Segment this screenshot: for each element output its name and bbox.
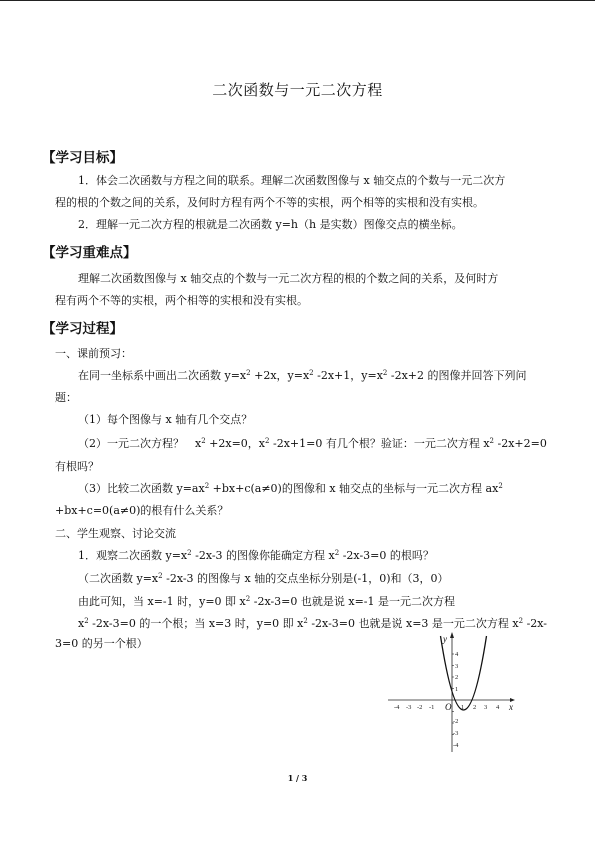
part2-title: 二、学生观察、讨论交流 — [55, 527, 176, 541]
part2-line-5: 3=0 的另一个根） — [55, 637, 148, 651]
part1-intro: 在同一坐标系中画出二次函数 y=x2 +2x，y=x2 -2x+1，y=x2 -… — [78, 369, 527, 383]
svg-text:4: 4 — [455, 651, 459, 658]
page-indicator: 1 / 3 — [0, 773, 595, 783]
part2-line-2: （二次函数 y=x2 -2x-3 的图像与 x 轴的交点坐标分别是(-1，0)和… — [78, 572, 449, 586]
goals-line-2: 程的根的个数之间的关系，及何时方程有两个不等的实根，两个相等的实根和没有实根。 — [55, 196, 484, 210]
svg-text:-2: -2 — [453, 718, 458, 725]
section-heading-key-points: 【学习重难点】 — [42, 241, 137, 261]
svg-text:1: 1 — [461, 704, 464, 711]
svg-text:-4: -4 — [453, 742, 459, 749]
question-2: （2）一元二次方程？ x2 +2x=0，x2 -2x+1=0 有几个根？验证：一… — [78, 437, 547, 451]
part1-intro-wrap: 题： — [55, 391, 77, 405]
svg-text:-1: -1 — [429, 704, 434, 711]
svg-text:1: 1 — [455, 686, 458, 693]
y-axis-arrow-icon — [450, 632, 454, 638]
question-1: （1）每个图像与 x 轴有几个交点？ — [78, 413, 252, 427]
parabola-graph: -4 -3 -2 -1 1 2 3 4 4 3 2 1 -2 -3 -4 x y… — [385, 630, 520, 755]
x-axis-label: x — [508, 702, 513, 712]
part2-line-1: 1．观察二次函数 y=x2 -2x-3 的图像你能确定方程 x2 -2x-3=0… — [78, 549, 434, 563]
question-3: （3）比较二次函数 y=ax2 +bx+c(a≠0)的图像和 x 轴交点的坐标与… — [78, 482, 503, 496]
svg-text:4: 4 — [496, 704, 500, 711]
goals-line-1: 1．体会二次函数与方程之间的联系。理解二次函数图像与 x 轴交点的个数与一元二次… — [78, 174, 505, 188]
svg-text:-2: -2 — [417, 704, 422, 711]
keypoints-line-2: 程有两个不等的实根，两个相等的实根和没有实根。 — [55, 294, 308, 308]
parabola-curve — [441, 636, 487, 710]
section-heading-goals: 【学习目标】 — [42, 146, 123, 166]
goals-line-3: 2．理解一元二次方程的根就是二次函数 y=h（h 是实数）图像交点的横坐标。 — [78, 218, 463, 232]
page-title: 二次函数与一元二次方程 — [0, 79, 595, 100]
svg-text:3: 3 — [455, 663, 458, 670]
origin-label: O — [445, 702, 452, 712]
svg-text:-3: -3 — [406, 704, 411, 711]
svg-text:2: 2 — [473, 704, 476, 711]
svg-text:-3: -3 — [453, 730, 458, 737]
svg-text:2: 2 — [455, 674, 458, 681]
question-2-wrap: 有根吗？ — [55, 460, 99, 474]
keypoints-line-1: 理解二次函数图像与 x 轴交点的个数与一元二次方程的根的个数之间的关系，及何时方 — [78, 272, 498, 286]
svg-text:3: 3 — [484, 704, 487, 711]
x-tick-label: -4 — [394, 704, 400, 711]
y-axis-label: y — [442, 634, 447, 644]
part1-title: 一、课前预习： — [55, 347, 132, 361]
question-3-wrap: +bx+c=0(a≠0)的根有什么关系？ — [55, 504, 228, 518]
part2-line-3: 由此可知，当 x=-1 时，y=0 即 x2 -2x-3=0 也就是说 x=-1… — [78, 595, 455, 609]
section-heading-process: 【学习过程】 — [42, 317, 123, 337]
part2-line-4: x2 -2x-3=0 的一个根；当 x=3 时，y=0 即 x2 -2x-3=0… — [78, 617, 547, 631]
top-border — [0, 0, 595, 1]
